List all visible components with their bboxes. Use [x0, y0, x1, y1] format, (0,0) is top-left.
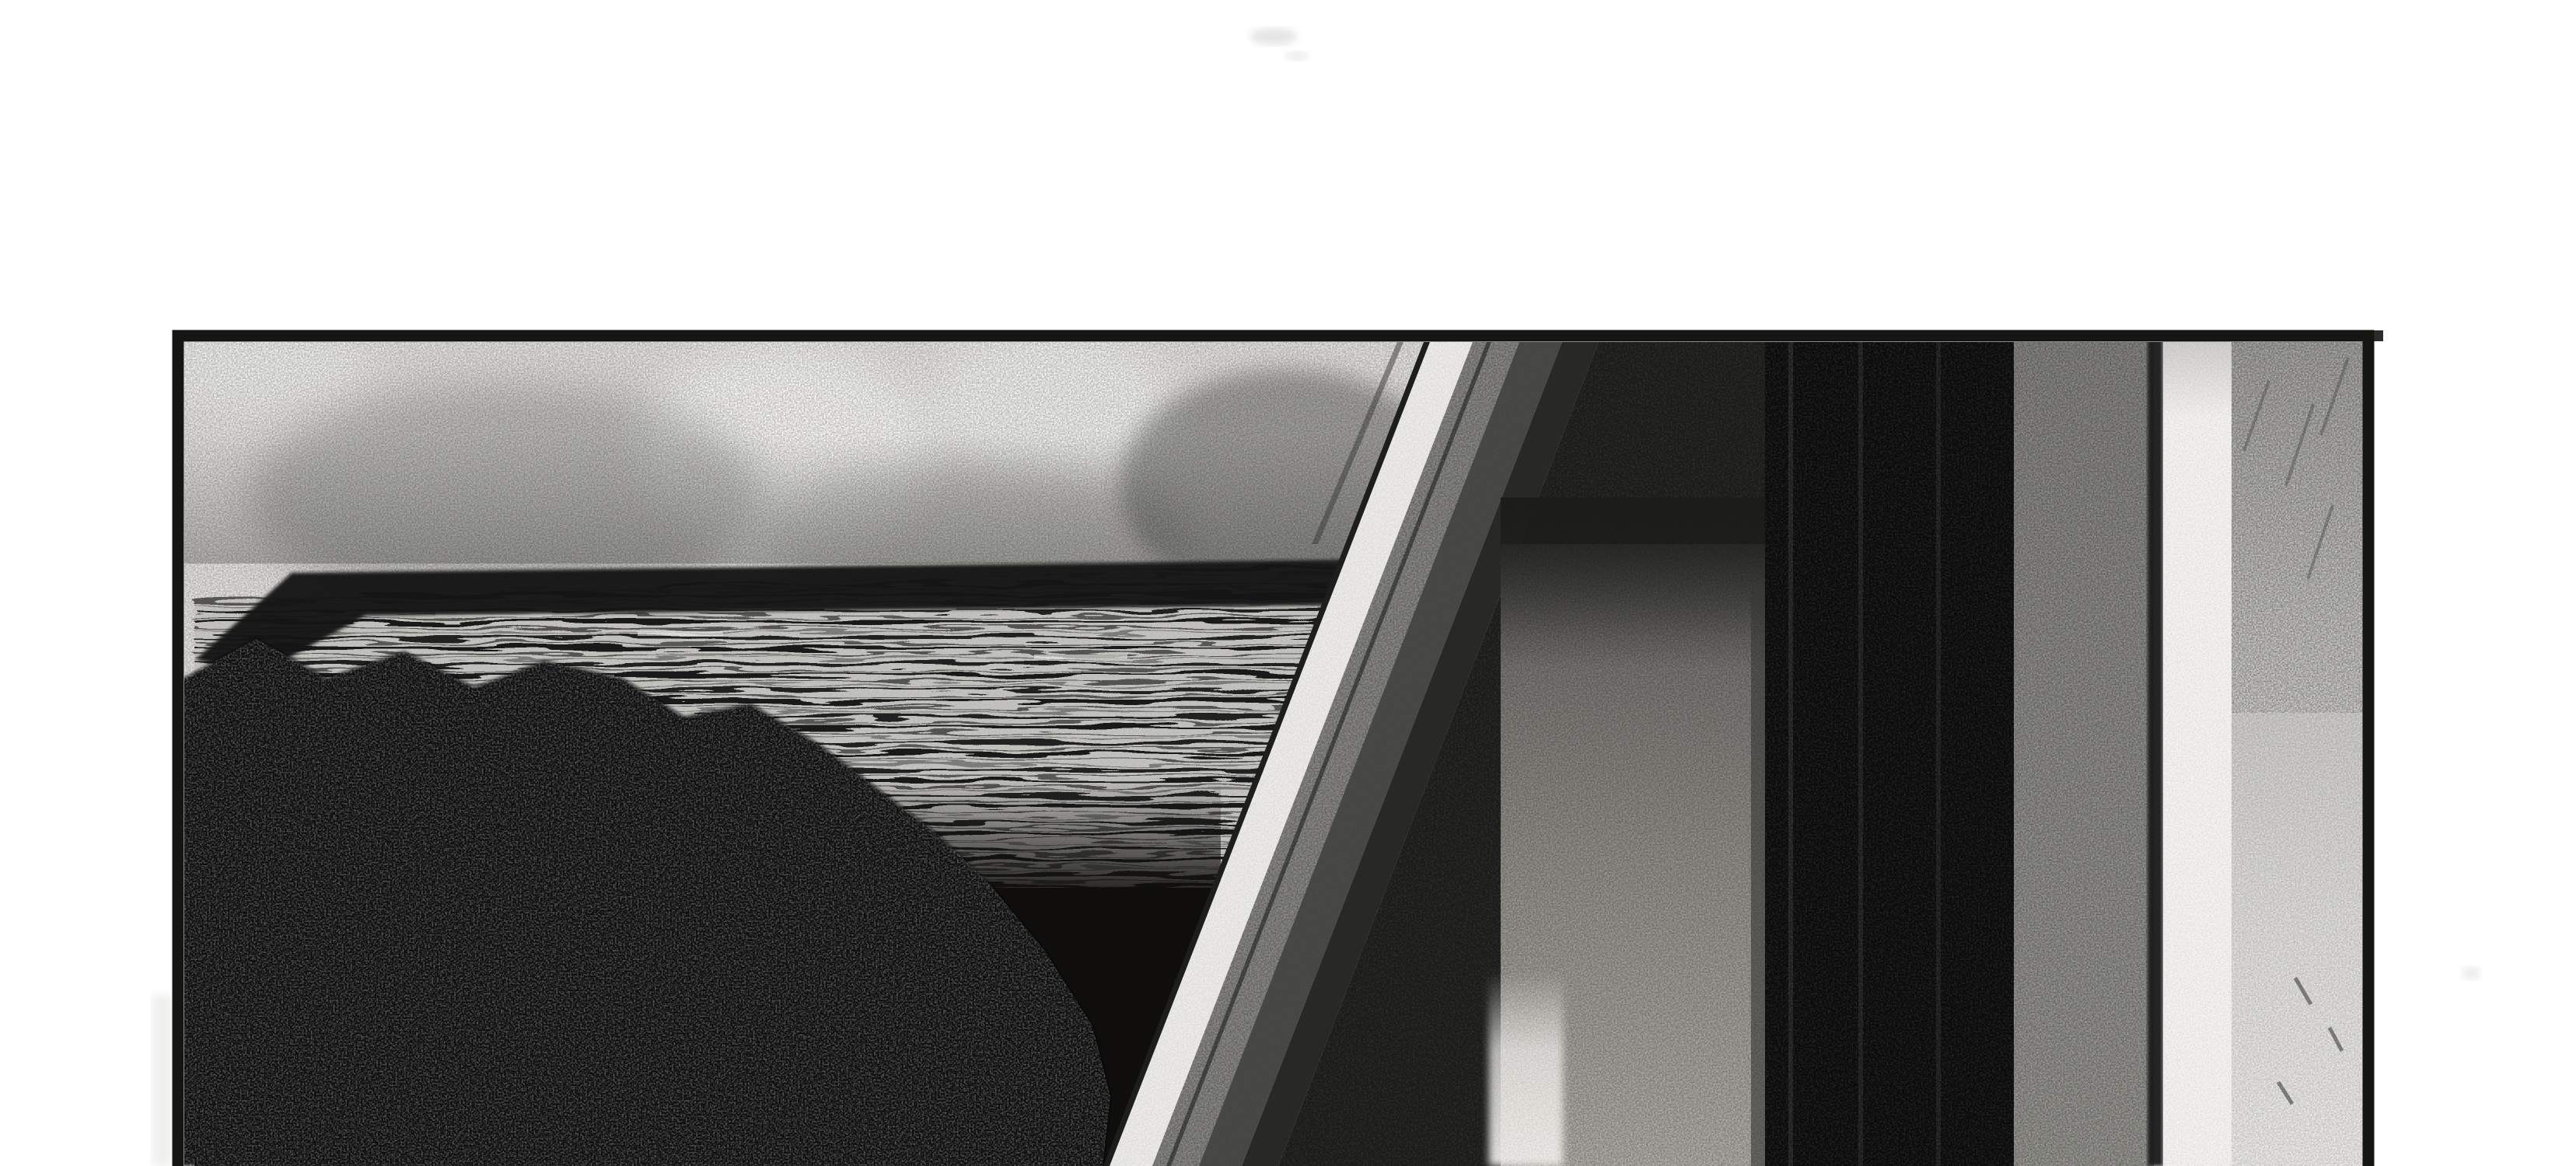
smudge-right	[2462, 967, 2480, 979]
panel-grain	[184, 342, 2363, 1166]
panel-artwork	[0, 0, 2576, 1166]
smudge-left-edge	[152, 995, 173, 1166]
smudge-top	[1250, 28, 1297, 45]
smudge-top-small	[1285, 51, 1309, 61]
frame-corner-tick	[2363, 330, 2383, 341]
comic-page	[0, 0, 2576, 1166]
panel-interior	[140, 319, 2363, 1166]
